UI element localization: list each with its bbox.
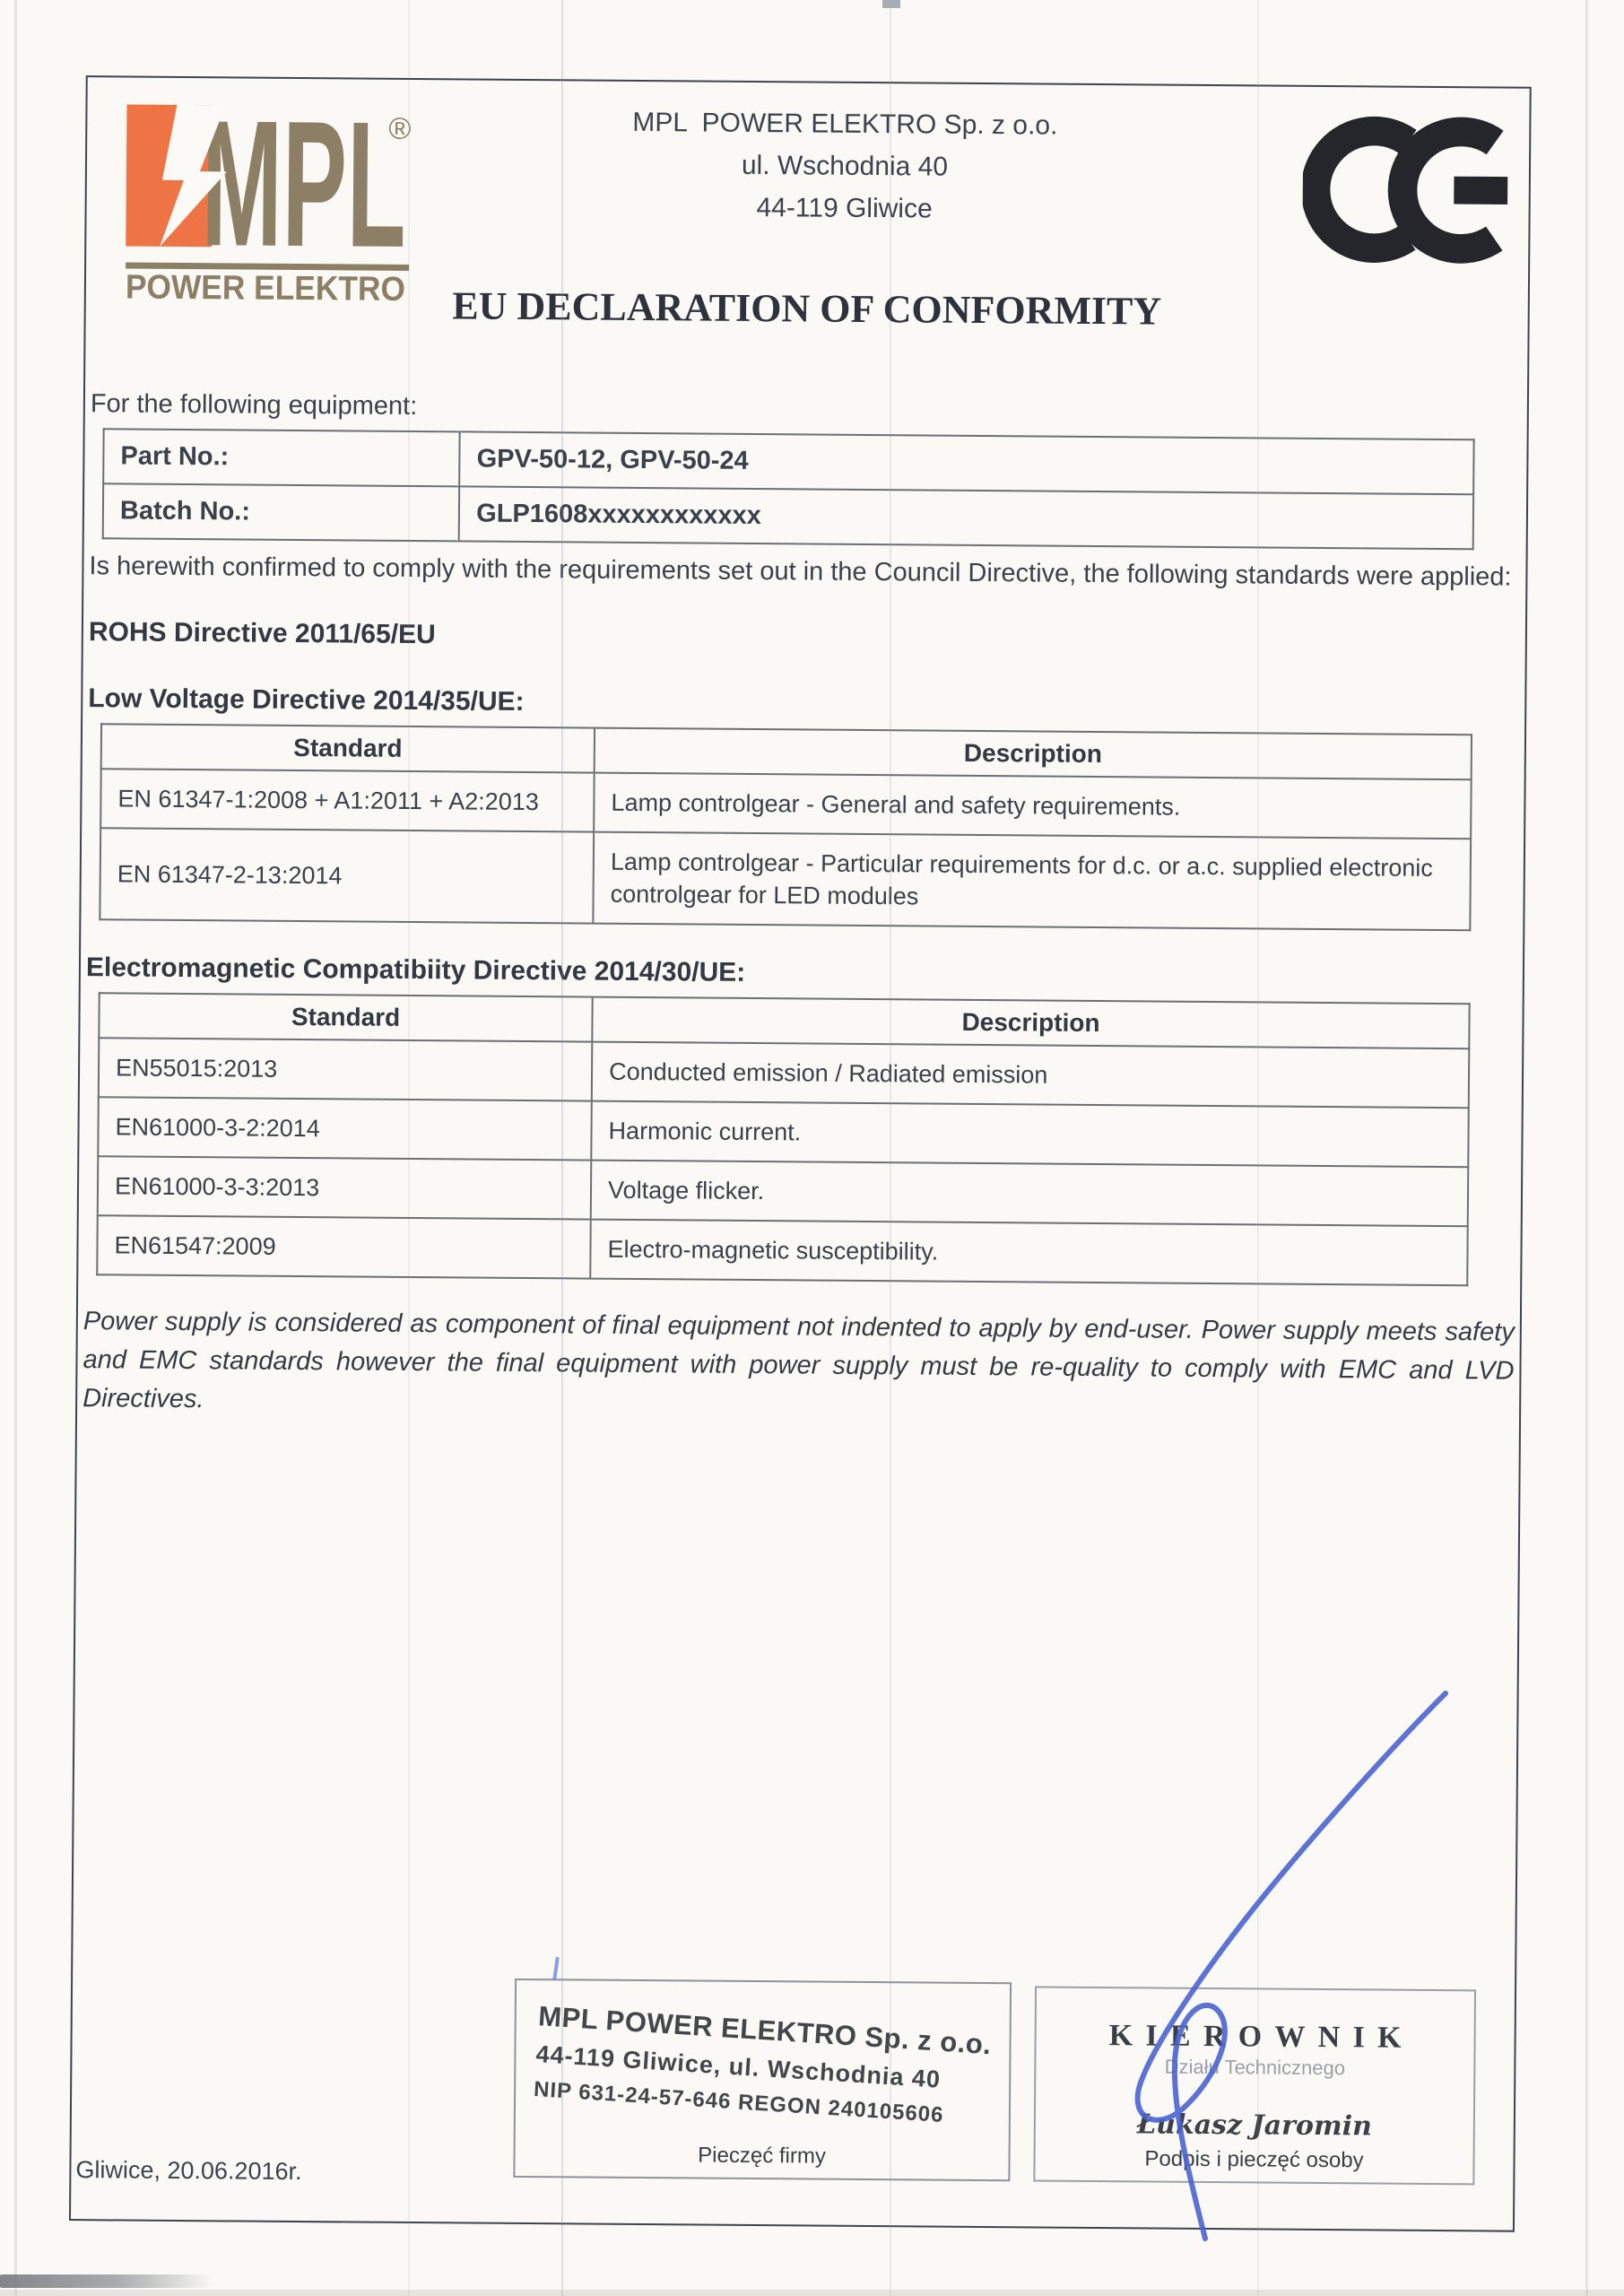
standard-cell: EN61547:2009 xyxy=(97,1215,591,1278)
stamp-person-name: Łukasz Jaromin xyxy=(1137,2109,1372,2142)
lvd-directive-heading: Low Voltage Directive 2014/35/UE: xyxy=(88,683,1519,726)
scan-edge xyxy=(14,0,17,2296)
description-cell: Electro-magnetic susceptibility. xyxy=(590,1220,1467,1286)
emc-directive-heading: Electromagnetic Compatibiity Directive 2… xyxy=(86,952,1517,995)
rohs-directive-heading: ROHS Directive 2011/65/EU xyxy=(89,617,1520,659)
table-row: Batch No.: GLP1608xxxxxxxxxxxx xyxy=(103,483,1473,549)
description-cell: Lamp controlgear - General and safety re… xyxy=(594,773,1471,839)
company-stamp-caption: Pieczęć firmy xyxy=(698,2144,826,2179)
stamp-role-title: KIEROWNIK xyxy=(1096,2019,1414,2056)
equipment-intro: For the following equipment: xyxy=(91,389,1522,430)
disclaimer-paragraph: Power supply is considered as component … xyxy=(83,1302,1515,1430)
scan-edge-bottom xyxy=(0,2290,1624,2296)
standard-cell: EN 61347-2-13:2014 xyxy=(100,828,594,923)
standard-cell: EN55015:2013 xyxy=(99,1038,593,1100)
document-border-frame: MPL ® POWER ELEKTRO MPL POWER ELEKTRO Sp… xyxy=(69,75,1532,2232)
description-cell: Voltage flicker. xyxy=(591,1161,1468,1227)
document-body: For the following equipment: Part No.: G… xyxy=(83,382,1522,1429)
lvd-standards-table: Standard Description EN 61347-1:2008 + A… xyxy=(99,723,1472,931)
standard-cell: EN 61347-1:2008 + A1:2011 + A2:2013 xyxy=(100,769,595,831)
standard-cell: EN61000-3-3:2013 xyxy=(98,1156,592,1219)
description-cell: Harmonic current. xyxy=(591,1101,1468,1168)
company-stamp-box: MPL POWER ELEKTRO Sp. z o.o. 44-119 Gliw… xyxy=(513,1979,1012,2181)
company-street: ul. Wschodnia 40 xyxy=(356,141,1333,191)
confirmation-paragraph: Is herewith confirmed to comply with the… xyxy=(89,548,1520,596)
table-row: EN61000-3-2:2014 Harmonic current. xyxy=(98,1097,1468,1167)
company-address-block: MPL POWER ELEKTRO Sp. z o.o. ul. Wschodn… xyxy=(355,99,1333,233)
ce-mark xyxy=(1302,94,1512,286)
batch-no-label: Batch No.: xyxy=(103,483,460,541)
stamp-role-subtitle: Działu Technicznego xyxy=(1165,2056,1346,2081)
page-title: EU DECLARATION OF CONFORMITY xyxy=(86,280,1528,337)
emc-standards-table: Standard Description EN55015:2013 Conduc… xyxy=(96,992,1470,1286)
part-no-value: GPV-50-12, GPV-50-24 xyxy=(459,431,1473,494)
scanned-document-page: MPL ® POWER ELEKTRO MPL POWER ELEKTRO Sp… xyxy=(0,0,1624,2296)
equipment-table: Part No.: GPV-50-12, GPV-50-24 Batch No.… xyxy=(102,428,1475,550)
column-header-standard: Standard xyxy=(101,724,595,772)
signature-stamp-caption: Podpis i pieczęć osoby xyxy=(1144,2146,1363,2182)
table-row: EN61547:2009 Electro-magnetic susceptibi… xyxy=(97,1215,1467,1285)
place-and-date: Gliwice, 20.06.2016r. xyxy=(75,2156,301,2186)
company-name: MPL POWER ELEKTRO Sp. z o.o. xyxy=(356,99,1333,149)
table-row: EN61000-3-3:2013 Voltage flicker. xyxy=(98,1156,1468,1226)
company-stamp-ink: MPL POWER ELEKTRO Sp. z o.o. 44-119 Gliw… xyxy=(533,2000,992,2131)
scan-mark xyxy=(882,0,900,8)
standard-cell: EN61000-3-2:2014 xyxy=(98,1097,592,1160)
part-no-label: Part No.: xyxy=(103,429,460,486)
column-header-standard: Standard xyxy=(99,993,592,1041)
scan-edge xyxy=(1585,0,1588,2296)
description-cell: Conducted emission / Radiated emission xyxy=(592,1042,1469,1109)
table-row: EN55015:2013 Conducted emission / Radiat… xyxy=(99,1038,1469,1108)
column-header-description: Description xyxy=(595,728,1472,780)
batch-no-value: GLP1608xxxxxxxxxxxx xyxy=(459,486,1473,549)
ce-mark-icon xyxy=(1302,94,1512,286)
table-row: EN 61347-2-13:2014 Lamp controlgear - Pa… xyxy=(100,828,1471,930)
signature-stamp-box: KIEROWNIK Działu Technicznego Łukasz Jar… xyxy=(1033,1986,1476,2185)
table-row: EN 61347-1:2008 + A1:2011 + A2:2013 Lamp… xyxy=(100,769,1471,839)
column-header-description: Description xyxy=(592,997,1469,1049)
description-cell: Lamp controlgear - Particular requiremen… xyxy=(593,832,1471,931)
scan-smudge xyxy=(0,2274,213,2288)
company-city: 44-119 Gliwice xyxy=(355,183,1333,233)
